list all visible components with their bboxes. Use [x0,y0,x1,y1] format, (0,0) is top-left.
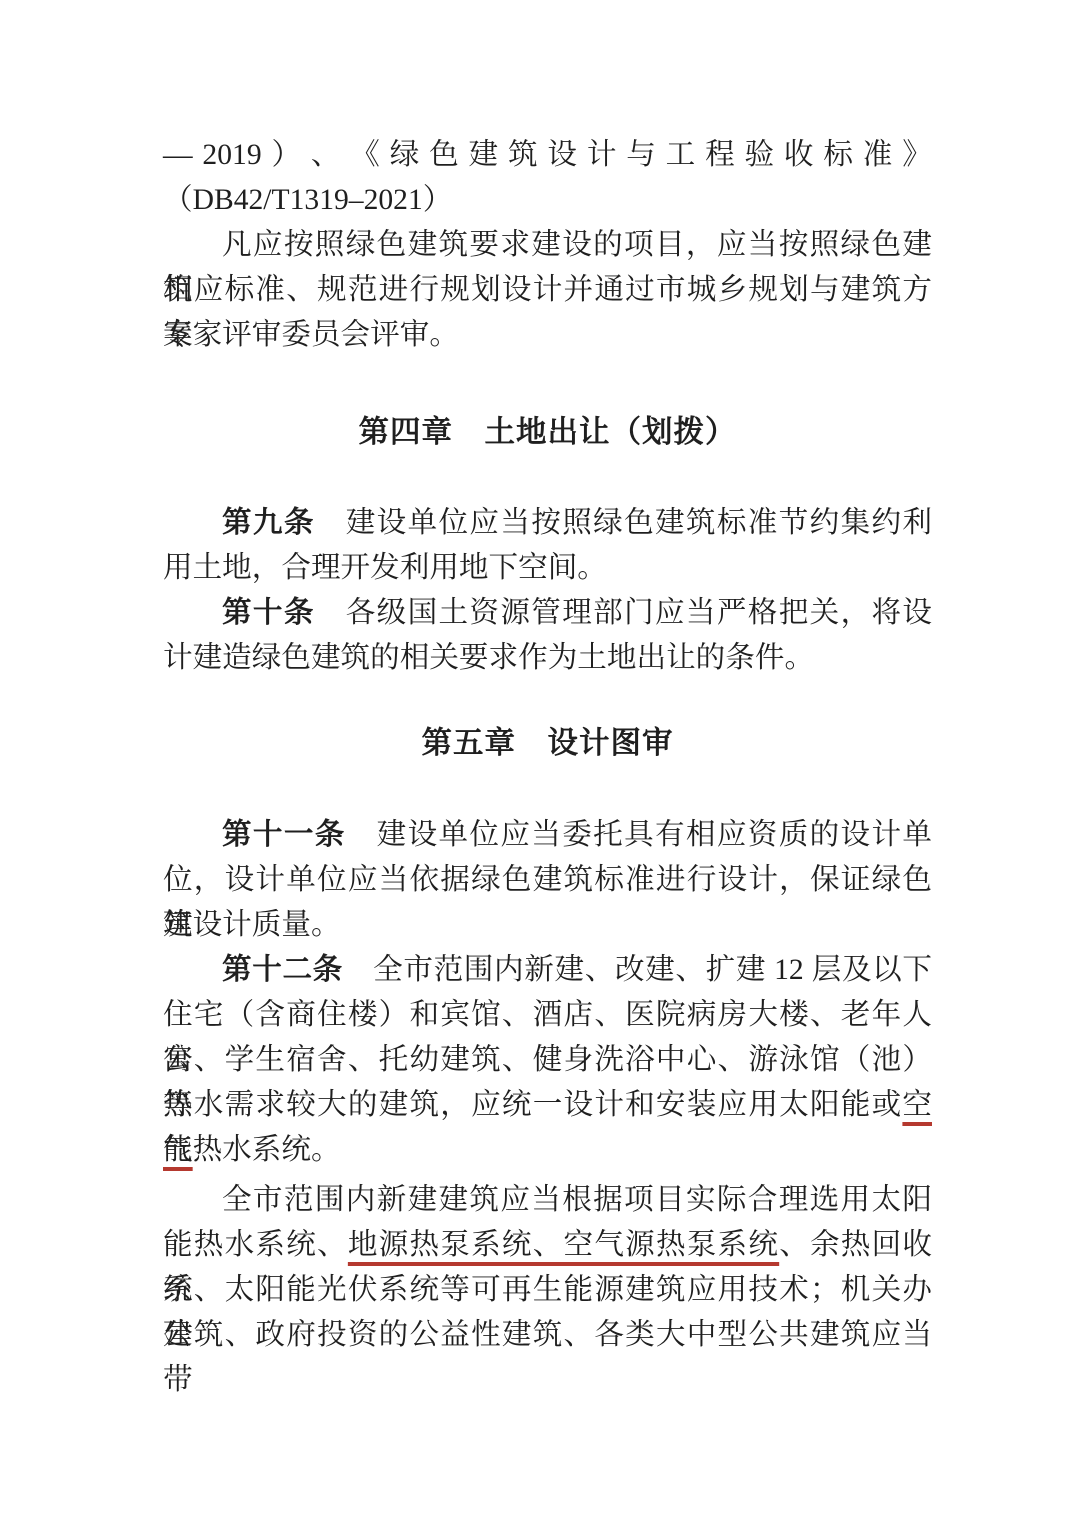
text-line: 全市范围内新建建筑应当根据项目实际合理选用太阳 [163,1178,932,1223]
text-line: 计建造绿色建筑的相关要求作为土地出让的条件。 [163,636,932,681]
spread-token: 程 [705,133,735,178]
text-line: 第十一条 建设单位应当委托具有相应资质的设计单 [163,813,932,858]
text-line: 寓、学生宿舍、托幼建筑、健身洗浴中心、游泳馆（池）等 [163,1038,932,1083]
text-line: 专家评审委员会评审。 [163,313,932,358]
text-line: 位，设计单位应当依据绿色建筑标准进行设计，保证绿色建 [163,858,932,903]
text-line: 建筑、政府投资的公益性建筑、各类大中型公共建筑应当带 [163,1313,932,1358]
spread-token: 与 [626,133,656,178]
text-line: 热水需求较大的建筑，应统一设计和安装应用太阳能或空气 [163,1083,932,1128]
spread-token: 标 [823,133,853,178]
text-line: 筑设计质量。 [163,903,932,948]
text-segment: 建设单位应当按照绿色建筑标准节约集约利 [315,507,932,539]
text-line: 凡应按照绿色建筑要求建设的项目，应当按照绿色建筑 [163,223,932,268]
text-line: 用土地，合理开发利用地下空间。 [163,546,932,591]
article-number-label: 第十条 [222,597,315,629]
text-line: 统、太阳能光伏系统等可再生能源建筑应用技术；机关办公 [163,1268,932,1313]
spread-token: 筑 [508,133,538,178]
text-line: 第九条 建设单位应当按照绿色建筑标准节约集约利 [163,501,932,546]
spread-token: 》 [902,133,932,178]
text-segment: 全市范围内新建、改建、扩建 12 层及以下 [343,954,932,986]
text-segment: 能热水系统、 [163,1229,348,1261]
article-number-label: 第十二条 [222,954,343,986]
text-segment: 热水需求较大的建筑，应统一设计和安装应用太阳能或 [163,1089,902,1121]
spread-token: 计 [587,133,617,178]
spread-token: 2019 [202,133,261,178]
red-underlined-text: 能 [163,1134,193,1166]
paragraph-block: 第九条 建设单位应当按照绿色建筑标准节约集约利用土地，合理开发利用地下空间。第十… [163,501,932,681]
spread-token: ） [271,133,301,178]
article-number-label: 第九条 [222,507,315,539]
text-line: 第十二条 全市范围内新建、改建、扩建 12 层及以下 [163,948,932,993]
paragraph-block: —2019）、《绿色建筑设计与工程验收标准》（DB42/T1319–2021）凡… [163,133,932,358]
spread-token: 绿 [390,133,420,178]
text-line: 第十条 各级国土资源管理部门应当严格把关，将设 [163,591,932,636]
text-line: 相应标准、规范进行规划设计并通过市城乡规划与建筑方案 [163,268,932,313]
justified-spread-line: —2019）、《绿色建筑设计与工程验收标准》 [163,133,932,178]
spread-token: — [163,133,193,178]
chapter-5-heading: 第五章 设计图审 [163,721,932,766]
spread-token: 准 [863,133,893,178]
spread-token: 建 [469,133,499,178]
article-number-label: 第十一条 [222,819,346,851]
text-line: 能热水系统、地源热泵系统、空气源热泵系统、余热回收系 [163,1223,932,1268]
standard-number-line: （DB42/T1319–2021） [163,178,932,223]
document-page: —2019）、《绿色建筑设计与工程验收标准》（DB42/T1319–2021）凡… [0,0,1080,1527]
spread-token: 设 [547,133,577,178]
document-content: —2019）、《绿色建筑设计与工程验收标准》（DB42/T1319–2021）凡… [163,0,932,1358]
chapter-4-heading: 第四章 土地出让（划拨） [163,410,932,455]
text-segment: 各级国土资源管理部门应当严格把关，将设 [315,597,932,629]
paragraph-block: 全市范围内新建建筑应当根据项目实际合理选用太阳能热水系统、地源热泵系统、空气源热… [163,1178,932,1358]
text-segment: 建设单位应当委托具有相应资质的设计单 [346,819,932,851]
red-underlined-text: 地源热泵系统、空气源热泵系统 [348,1229,779,1261]
spread-token: 色 [429,133,459,178]
spread-token: 《 [350,133,380,178]
spread-token: 工 [666,133,696,178]
text-line: 住宅（含商住楼）和宾馆、酒店、医院病房大楼、老年人公 [163,993,932,1038]
text-line: 能热水系统。 [163,1128,932,1173]
spread-token: 验 [745,133,775,178]
text-segment: 热水系统。 [193,1134,341,1166]
paragraph-block: 第十一条 建设单位应当委托具有相应资质的设计单位，设计单位应当依据绿色建筑标准进… [163,813,932,1173]
spread-token: 收 [784,133,814,178]
spread-token: 、 [311,133,341,178]
